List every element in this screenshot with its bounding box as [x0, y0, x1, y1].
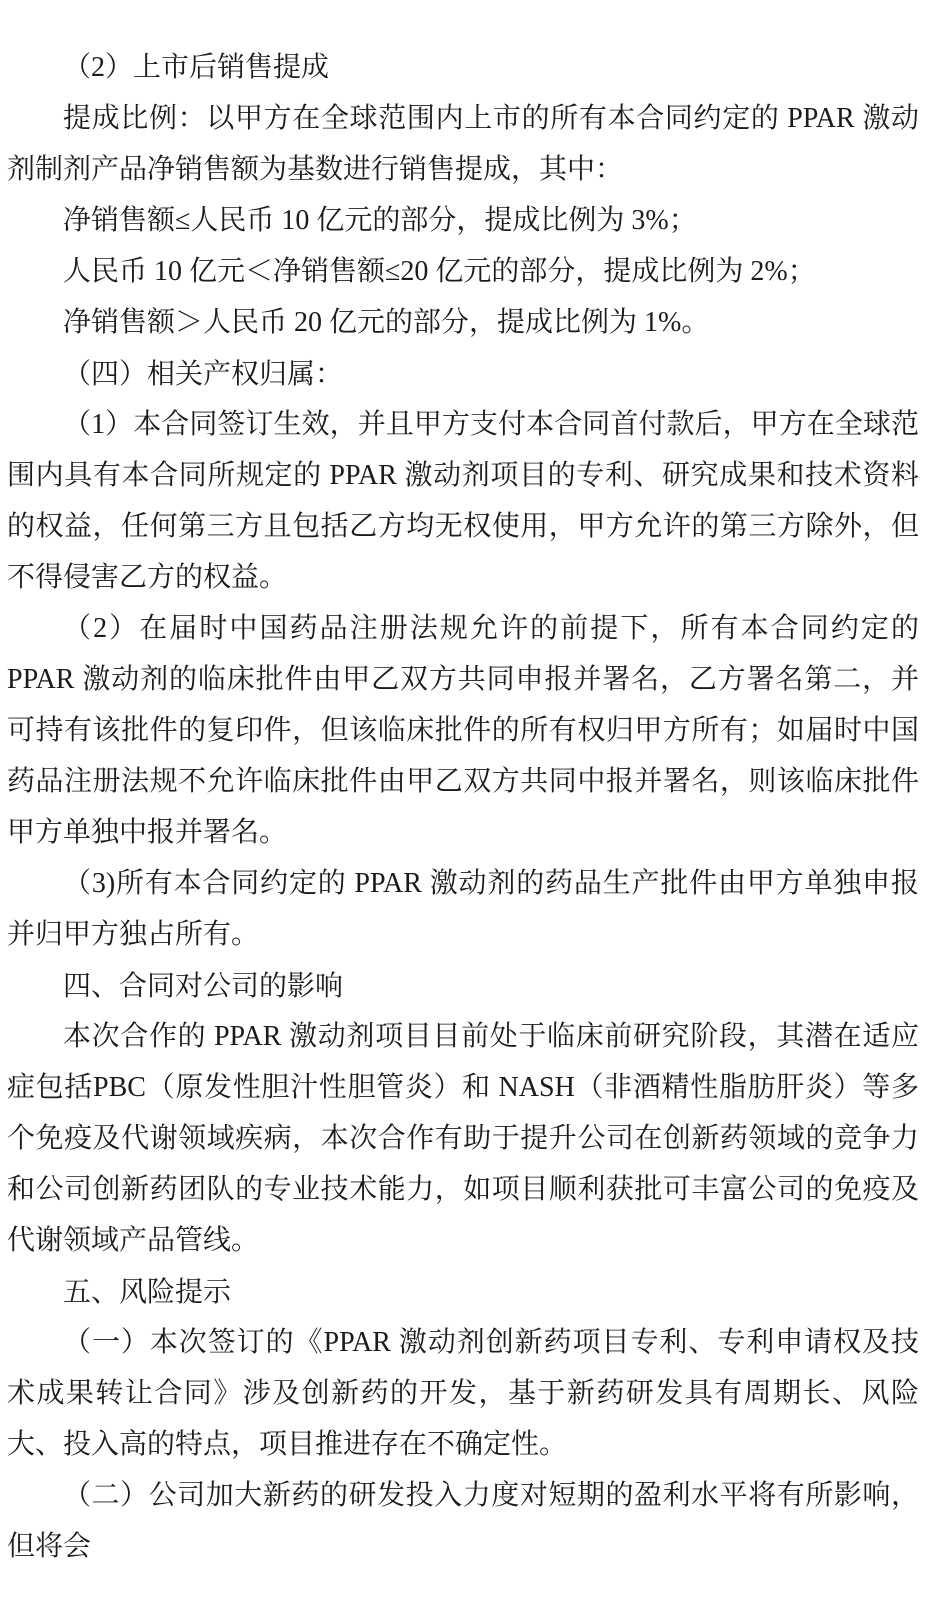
paragraph-property-rights-3: （3)所有本合同约定的 PPAR 激动剂的药品生产批件由甲方单独申报并归甲方独占…: [7, 858, 919, 960]
paragraph-commission-basis: 提成比例：以甲方在全球范围内上市的所有本合同约定的 PPAR 激动剂制剂产品净销…: [7, 93, 919, 195]
paragraph-property-rights-1: （1）本合同签订生效，并且甲方支付本合同首付款后，甲方在全球范围内具有本合同所规…: [7, 399, 919, 603]
paragraph-risk-2: （二）公司加大新药的研发投入力度对短期的盈利水平将有所影响，但将会: [7, 1470, 919, 1572]
heading-property-rights: （四）相关产权归属：: [7, 348, 919, 399]
commission-tier-1: 净销售额≤人民币 10 亿元的部分，提成比例为 3%；: [7, 195, 919, 246]
heading-contract-impact: 四、合同对公司的影响: [7, 960, 919, 1011]
commission-tier-2: 人民币 10 亿元＜净销售额≤20 亿元的部分，提成比例为 2%；: [7, 246, 919, 297]
document-page: （2）上市后销售提成 提成比例：以甲方在全球范围内上市的所有本合同约定的 PPA…: [0, 0, 926, 1572]
paragraph-property-rights-2: （2）在届时中国药品注册法规允许的前提下，所有本合同约定的 PPAR 激动剂的临…: [7, 603, 919, 858]
commission-tier-3: 净销售额＞人民币 20 亿元的部分，提成比例为 1%。: [7, 297, 919, 348]
paragraph-contract-impact: 本次合作的 PPAR 激动剂项目目前处于临床前研究阶段，其潜在适应症包括PBC（…: [7, 1011, 919, 1266]
subheading-post-market-commission: （2）上市后销售提成: [7, 42, 919, 93]
heading-risk-notice: 五、风险提示: [7, 1266, 919, 1317]
paragraph-risk-1: （一）本次签订的《PPAR 激动剂创新药项目专利、专利申请权及技术成果转让合同》…: [7, 1317, 919, 1470]
